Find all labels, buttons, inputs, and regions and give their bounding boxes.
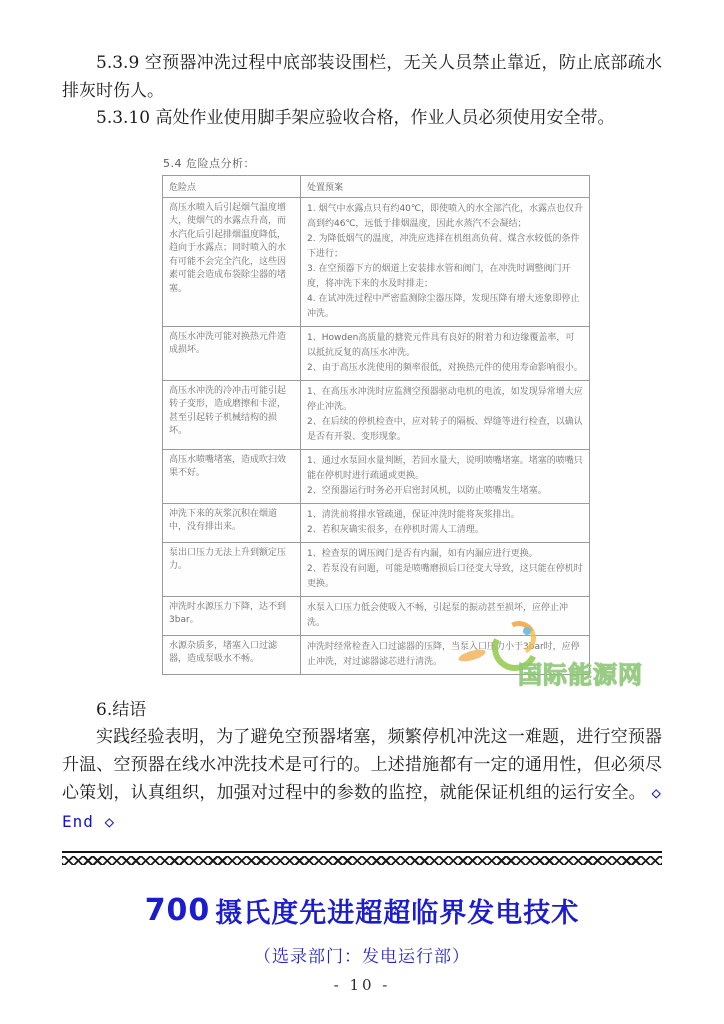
plan-cell: 1. 烟气中水露点只有约40℃，即使喷入的水全部汽化，水露点也仅升高到约46℃，… — [301, 197, 590, 326]
risk-analysis-table: 危险点 处置预案 高压水喷入后引起烟气温度增大，使烟气的水露点升高，而水汽化后引… — [162, 175, 590, 675]
risk-cell: 高压水冲洗的冷冲击可能引起转子变形，造成磨擦和卡涩，甚至引起转子机械结构的损坏。 — [163, 380, 301, 449]
risk-cell: 水源杂质多，堵塞入口过滤器，造成泵吸水不畅。 — [163, 635, 301, 674]
title-number: 700 — [145, 893, 211, 928]
plan-cell: 1、在高压水冲洗时应监测空预器驱动电机的电流，如发现异常增大应停止冲洗。 2、在… — [301, 380, 590, 449]
table-row: 水源杂质多，堵塞入口过滤器，造成泵吸水不畅。 冲洗时经常检查入口过滤器的压降，当… — [163, 635, 590, 674]
risk-cell: 高压水喷嘴堵塞，造成吹扫效果不好。 — [163, 449, 301, 503]
conclusion-paragraph: 实践经验表明，为了避免空预器堵塞，频繁停机冲洗这一难题，进行空预器升温、空预器在… — [62, 724, 662, 836]
table-row: 高压水冲洗的冷冲击可能引起转子变形，造成磨擦和卡涩，甚至引起转子机械结构的损坏。… — [163, 380, 590, 449]
column-header-plan: 处置预案 — [301, 175, 590, 197]
column-header-risk: 危险点 — [163, 175, 301, 197]
next-article-title: 700摄氏度先进超超临界发电技术 — [62, 891, 662, 930]
plan-cell: 冲洗时经常检查入口过滤器的压降，当泵入口压力小于3bar时，应停止冲洗，对过滤器… — [301, 635, 590, 674]
plan-cell: 1、清洗前将排水管疏通，保证冲洗时能将灰浆排出。 2、若积灰确实很多，在停机时需… — [301, 503, 590, 542]
conclusion-heading: 6.结语 — [62, 697, 662, 725]
title-text: 摄氏度先进超超临界发电技术 — [215, 898, 579, 929]
risk-cell: 泵出口压力无法上升到额定压力。 — [163, 542, 301, 596]
document-page: 5.3.9 空预器冲洗过程中底部装设围栏，无关人员禁止靠近，防止底部疏水排灰时伤… — [0, 0, 724, 967]
page-number: - 10 - — [0, 976, 724, 994]
table-row: 高压水喷入后引起烟气温度增大，使烟气的水露点升高，而水汽化后引起排烟温度降低，趋… — [163, 197, 590, 326]
plan-cell: 1、检查泵的调压阀门是否有内漏，如有内漏应进行更换。 2、若泵没有问题，可能是喷… — [301, 542, 590, 596]
zigzag-divider — [62, 851, 662, 867]
paragraph-5-3-10: 5.3.10 高处作业使用脚手架应验收合格，作业人员必须使用安全带。 — [62, 105, 662, 133]
table-row: 高压水喷嘴堵塞，造成吹扫效果不好。 1、通过水泵回水量判断，若回水量大，说明喷嘴… — [163, 449, 590, 503]
plan-cell: 1、通过水泵回水量判断，若回水量大，说明喷嘴堵塞。堵塞的喷嘴只能在停机时进行疏通… — [301, 449, 590, 503]
table-header-row: 危险点 处置预案 — [163, 175, 590, 197]
risk-cell: 高压水冲洗可能对换热元件造成损坏。 — [163, 326, 301, 380]
table-row: 冲洗下来的灰浆沉积在烟道中，没有排出来。 1、清洗前将排水管疏通，保证冲洗时能将… — [163, 503, 590, 542]
conclusion-text: 实践经验表明，为了避免空预器堵塞，频繁停机冲洗这一难题，进行空预器升温、空预器在… — [62, 727, 662, 803]
plan-cell: 水泵入口压力低会使吸入不畅，引起泵的振动甚至损坏，应停止冲洗。 — [301, 596, 590, 635]
table-row: 冲洗时水源压力下降，达不到3bar。 水泵入口压力低会使吸入不畅，引起泵的振动甚… — [163, 596, 590, 635]
risk-cell: 高压水喷入后引起烟气温度增大，使烟气的水露点升高，而水汽化后引起排烟温度降低，趋… — [163, 197, 301, 326]
risk-cell: 冲洗时水源压力下降，达不到3bar。 — [163, 596, 301, 635]
next-article-subtitle: （选录部门：发电运行部） — [62, 942, 662, 967]
risk-cell: 冲洗下来的灰浆沉积在烟道中，没有排出来。 — [163, 503, 301, 542]
table-row: 高压水冲洗可能对换热元件造成损坏。 1、Howden高质量的搪瓷元件具有良好的附… — [163, 326, 590, 380]
table-row: 泵出口压力无法上升到额定压力。 1、检查泵的调压阀门是否有内漏，如有内漏应进行更… — [163, 542, 590, 596]
paragraph-5-3-9: 5.3.9 空预器冲洗过程中底部装设围栏，无关人员禁止靠近，防止底部疏水排灰时伤… — [62, 50, 662, 105]
plan-cell: 1、Howden高质量的搪瓷元件具有良好的附着力和边缘覆盖率，可以抵抗反复的高压… — [301, 326, 590, 380]
risk-analysis-block: 5.4 危险点分析： 危险点 处置预案 高压水喷入后引起烟气温度增大，使烟气的水… — [162, 155, 590, 675]
risk-table-caption: 5.4 危险点分析： — [163, 155, 590, 171]
